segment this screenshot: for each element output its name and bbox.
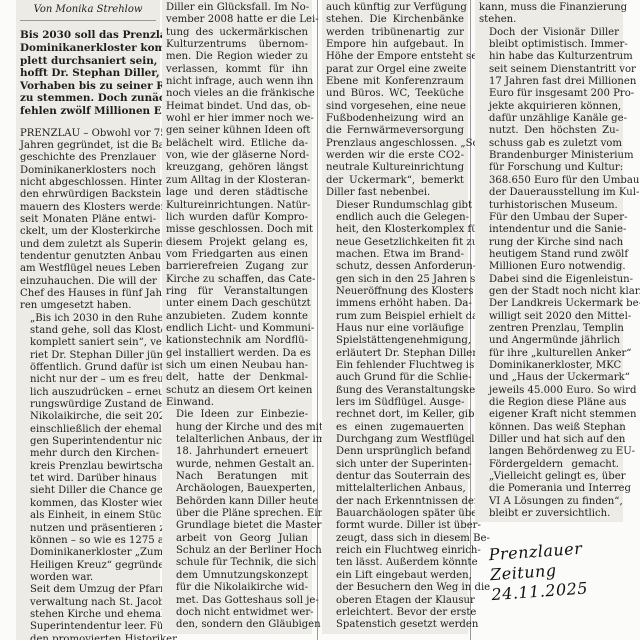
text-line: Schulz an der Berliner Hoch- [166,545,308,557]
article-column-4: kann, muss die Finanzierungstehen.Doch d… [475,0,623,522]
text-line: verwaltung nach St. Jacobi [20,597,156,609]
text-line: „Bis ich 2030 in den Ruhe- [20,313,156,325]
text-line: gen sich in den 25 Jahren seit [326,274,464,286]
text-line: sich um einen Neubau han- [166,360,308,372]
text-line: immens erhöht haben. Da- [326,298,464,310]
article-paragraph: Die Ideen zur Einbezie-hung der Kirche u… [166,409,308,631]
text-line: öffentlich. Grund dafür ist [20,362,156,374]
text-line: gen Superintendentur nicht [20,436,156,448]
text-line: werden tribünenartig zur [326,27,464,39]
text-line: telalterlichen Anbaus, der im [166,434,308,446]
text-line: rechnet dort, im Keller, gibt [326,409,464,421]
text-line: men. Die Region wieder zu [166,51,308,63]
text-line: Grundlage bietet die Master- [166,520,308,532]
text-line: der nach Erkenntnissen der [326,496,464,508]
text-line: VI A Lösungen zu finden“, [479,496,619,508]
text-line: vom Friedgarten aus einen [166,249,308,261]
text-line: gel installiert werden. Da es [166,348,308,360]
text-line: rung der Kirche sind nach [479,237,619,249]
text-line: stand gehe, soll das Kloster [20,325,156,337]
text-line: Nach Beratungen mit [166,471,308,483]
text-line: belächelt wird. Etliche da- [166,138,308,150]
text-line: 18. Jahrhundert erneuert [166,446,308,458]
text-line: 368.650 Euro für den Umbau [479,175,619,187]
text-line: Einwand. [166,397,308,409]
text-line: Fördergeldern gemacht. [479,459,619,471]
article-column-2: Diller ein Glücksfall. Im No-vember 2008… [162,0,312,634]
text-line: turhistorischen Museum. [479,200,619,212]
article-paragraph: Diller ein Glücksfall. Im No-vember 2008… [166,2,308,409]
text-line: Empore hin aufgebaut. In [326,39,464,51]
text-line: gen seiner kühnen Ideen oft [166,125,308,137]
text-line: parat zur Orgel eine zweite [326,64,464,76]
text-line: seit seinem Dienstantritt vor [479,64,619,76]
text-line: der Besuchern den Weg in die [326,582,464,594]
text-line: schutz an diesem Ort keinen [166,385,308,397]
text-line: lich auszudrücken – erneue- [20,387,156,399]
text-line: seit Monaten Pläne entwi- [20,214,156,226]
text-line: nutzen und präsentieren zu [20,523,156,535]
text-line: verlassen, kommt für ihn [166,64,308,76]
text-line: heit, den Klosterkomplex für [326,224,464,236]
text-line: Diller fast nebenbei. [326,187,464,199]
text-line: Fußbodenheizung wird an [326,113,464,125]
text-line: Die Ideen zur Einbezie- [166,409,308,421]
text-line: Behörden kann Diller heute [166,496,308,508]
text-line: met. Das Gotteshaus soll je- [166,595,308,607]
text-line: die Region diese Pläne aus [479,397,619,409]
text-line: für ihre „kulturellen Anker“ [479,348,619,360]
text-line: es einen zugemauerten [326,422,464,434]
text-line: nicht infrage, auch wenn ihn [166,76,308,88]
text-line: Für den Umbau der Super- [479,212,619,224]
text-line: stehen Kirche und ehemalige [20,609,156,621]
text-line: eigener Kraft nicht stemmen [479,409,619,421]
text-line: arbeit von Georg Julian [166,533,308,545]
text-line: riet Dr. Stephan Diller jüngst [20,350,156,362]
text-line: Heiligen Kreuz“ gegründet [20,560,156,572]
text-line: Der Landkreis Uckermark be- [479,298,619,310]
text-line: Diller und hat sich auf den [479,434,619,446]
text-line: zentren Prenzlau, Templin [479,323,619,335]
text-line: tet wird. Darüber hinaus [20,473,156,485]
text-line: endlich auch die Gelegen- [326,212,464,224]
text-line: Dominikanerkloster, MKC [479,360,619,372]
text-line: und Büros. WC, Teeküche [326,88,464,100]
article-paragraph: Für den Umbau der Super-intendentur und … [479,212,619,521]
text-line: formt wurde. Diller ist über- [326,520,464,532]
text-line: dentur das Souterrain des [326,471,464,483]
text-line: jeweils 45.000 Euro. So wird [479,385,619,397]
text-line: zu stemmen. Doch zunächst [20,92,156,105]
text-line: Superintendentur leer. Für [20,621,156,633]
handwritten-annotation: Prenzlauer Zeitung 24.11.2025 [488,535,640,605]
text-line: den, sondern den Gläubigen [166,619,308,631]
text-line: ckelt, um der Klosterkirche [20,226,156,238]
text-line: Archäologen, Bauexperten, [166,483,308,495]
text-line: „Vielleicht gelingt es, über [479,471,619,483]
article-paragraph: auch künftig zur Verfügungstehen. Die Ki… [326,2,464,200]
text-line: bleibt optimistisch. Immer- [479,39,619,51]
text-line: einzuhauchen. Die will der [20,276,156,288]
text-line: dem Umnutzungskonzept [166,570,308,582]
text-line: lage und deren städtische [166,187,308,199]
text-line: und „Haus der Uckermark“ [479,372,619,384]
text-line: anzubieten. Zudem konnte [166,311,308,323]
text-line: Seit dem Umzug der Pfarr- [20,584,156,596]
text-line: hung der Kirche und des mit- [166,422,308,434]
text-line: ren umgesetzt haben. [20,300,156,312]
text-line: einschließlich der ehemali- [20,424,156,436]
text-line: nicht abgeschlossen. Hinter [20,177,156,189]
text-line: Nikolaikirche, die seit 2022 [20,411,156,423]
text-line: für Forschung und Kultur: [479,162,619,174]
text-line: von, wie der gläserne Nord- [166,150,308,162]
text-line: und dem zuletzt als Superin- [20,239,156,251]
text-line: neutrale Kultureinrichtung [326,162,464,174]
text-line: delt, hatte der Denkmal- [166,372,308,384]
text-line: mauern des Klosters werden [20,202,156,214]
text-line: Euro für insgesamt 200 Pro- [479,88,619,100]
text-line: jekte akquirieren können, [479,101,619,113]
text-line: endlich Licht- und Kommuni- [166,323,308,335]
text-line: den promovierten Historiker [20,634,156,640]
text-line: Neueröffnung des Klosters [326,286,464,298]
text-line: und Angermünde jährlich [479,335,619,347]
text-line: langen Behördenweg zu EU- [479,446,619,458]
article-paragraph: „Bis ich 2030 in den Ruhe-stand gehe, so… [20,313,156,585]
text-line: sind vorgesehen, eine neue [326,101,464,113]
text-line: werden wir die erste CO2- [326,150,464,162]
text-line: als Einheit, in einem Stück [20,510,156,522]
text-line: Höhe der Empore entsteht se- [326,51,464,63]
text-line: zeugt, dass sich in diesem Be- [326,533,464,545]
text-line: plett durchsaniert sein, [20,55,156,68]
text-line: Kultureinrichtungen. Natür- [166,200,308,212]
text-line: die Fernwärmeversorgung [326,125,464,137]
article-column-3: auch künftig zur Verfügungstehen. Die Ki… [322,0,468,634]
text-line: diesem Projekt gelang es, [166,237,308,249]
text-line: auch künftig zur Verfügung [326,2,464,14]
article-paragraph: Dieser Rundumschlag gibtendlich auch die… [326,200,464,447]
text-line: kreuzgang, gehören längst [166,162,308,174]
text-line: worden war. [20,572,156,584]
text-line: Dabei sind die Eigenleistun- [479,274,619,286]
text-line: bleibt er zuversichtlich. [479,508,619,520]
text-line: Bauarchäologen später über- [326,508,464,520]
text-line: stehen. Die Kirchenbänke [326,14,464,26]
text-line: barrierefreien Zugang zur [166,261,308,273]
text-line: hofft Dr. Stephan Diller, das [20,67,156,80]
text-line: Dominikanerkloster kom- [20,42,156,55]
text-line: zum Alltag in der Klosteran- [166,175,308,187]
text-line: doch nicht entwidmet wer- [166,607,308,619]
text-line: intendentur und die Sanie- [479,224,619,236]
text-line: vember 2008 hatte er die Lei- [166,14,308,26]
text-line: der Dauerausstellung im Kul- [479,187,619,199]
text-line: gen der Stadt noch nicht klar. [479,286,619,298]
article-paragraph: Doch der Visionär Dillerbleibt optimisti… [479,27,619,212]
text-line: stehen. [479,14,619,26]
text-line: 17 Jahren fast drei Millionen [479,76,619,88]
text-line: Jahren gegründet, ist die Bau- [20,140,156,152]
text-line: Vorhaben bis zu seiner Rente [20,80,156,93]
text-line: Dominikanerklosters noch [20,165,156,177]
text-line: wohl er hier immer noch we- [166,113,308,125]
text-line: Ein fehlender Fluchtweg ist [326,360,464,372]
text-line: dafür unzählige Kanäle ge- [479,113,619,125]
text-line: rum zum Beispiel erhielt das [326,311,464,323]
text-line: Durchgang zum Westflügel. [326,434,464,446]
text-line: Dieser Rundumschlag gibt [326,200,464,212]
text-line: schule für Technik, die sich [166,557,308,569]
text-line: am Westflügel neues Leben [20,263,156,275]
text-line: ein Lift eingebaut werden, [326,570,464,582]
text-line: über die Pläne sprechen. Eine [166,508,308,520]
text-line: noch vieles an die fränkische [166,88,308,100]
text-line: nicht nur der – um es freund- [20,374,156,386]
text-line: nutzt. Den höchsten Zu- [479,125,619,137]
article-paragraph: Denn ursprünglich befandsich unter der S… [326,446,464,631]
text-line: tendentur genutzten Anbau [20,251,156,263]
text-line: willigt seit 2020 den Mittel- [479,311,619,323]
text-line: auch Grund für die Schlie- [326,372,464,384]
text-line: lich wurden dafür Kompro- [166,212,308,224]
text-line: kreis Prenzlau bewirtschaf- [20,461,156,473]
text-line: heutigem Stand rund zwölf [479,249,619,261]
text-line: fehlen zwölf Millionen Euro. [20,105,156,118]
text-line: kommen, das Kloster wieder [20,498,156,510]
text-line: können. Das weiß Stephan [479,422,619,434]
article-column-1: Von Monika Strehlow Bis 2030 soll das Pr… [16,0,160,640]
text-line: Chef des Hauses in fünf Jah- [20,288,156,300]
text-line: reich ein Fluchtweg einrich- [326,545,464,557]
text-line: Millionen Euro notwendig. [479,261,619,273]
text-line: Haus nur eine vorläufige [326,323,464,335]
text-line: Heimat bindet. Und das, ob- [166,101,308,113]
text-line: tung des uckermärkischen [166,27,308,39]
text-line: Kirche zu schaffen, das Cate- [166,274,308,286]
text-line: sich unter der Superinten- [326,459,464,471]
text-line: hin habe das Kulturzentrum [479,51,619,63]
text-line: rungswürdige Zustand der [20,399,156,411]
text-line: ring für Veranstaltungen [166,286,308,298]
text-line: lers im Südflügel. Ausge- [326,397,464,409]
text-line: kann, muss die Finanzierung [479,2,619,14]
text-line: für die Nikolaikirche wid- [166,582,308,594]
text-line: der Uckermark“, bemerkt [326,175,464,187]
text-line: Diller ein Glücksfall. Im No- [166,2,308,14]
text-line: neue Gesetzlichkeiten fit zu [326,237,464,249]
text-line: Prenzlaus angeschlossen. „So [326,138,464,150]
text-line: mehr durch den Kirchen- [20,448,156,460]
article-paragraph: PRENZLAU – Obwohl vor 750Jahren gegründe… [20,128,156,313]
text-line: sieht Diller die Chance ge- [20,485,156,497]
text-line: ten lässt. Außerdem könnte [326,557,464,569]
text-line: komplett saniert sein“, ver- [20,337,156,349]
text-line: die Pomerania und Interreg [479,483,619,495]
text-line: geschichte des Prenzlauer [20,152,156,164]
text-line: Doch der Visionär Diller [479,27,619,39]
text-line: machen. Etwa im Brand- [326,249,464,261]
text-line: Denn ursprünglich befand [326,446,464,458]
text-line: schutz, dessen Anforderun- [326,261,464,273]
text-line: erläutert Dr. Stephan Diller. [326,348,464,360]
text-line: mittelalterlichen Anbaus, [326,483,464,495]
byline: Von Monika Strehlow [20,2,156,21]
text-line: Bis 2030 soll das Prenzlauer [20,29,156,42]
text-line: Spatenstich gesetzt werden [326,619,464,631]
text-line: Ebene mit Konferenzraum [326,76,464,88]
text-line: den ehrwürdigen Backstein- [20,189,156,201]
text-line: ßung des Veranstaltungskel- [326,385,464,397]
text-line: Brandenburger Ministerium [479,150,619,162]
text-line: wurde, nehmen Gestalt an. [166,459,308,471]
article-lead: Bis 2030 soll das PrenzlauerDominikanerk… [20,29,156,117]
text-line: Dominikanerkloster „Zum [20,547,156,559]
text-line: PRENZLAU – Obwohl vor 750 [20,128,156,140]
text-line: kationstechnik am Nordflü- [166,335,308,347]
text-line: erleichtert. Bevor der erste [326,607,464,619]
text-line: misse geschlossen. Doch mit [166,224,308,236]
text-line: können – so wie es 1275 als [20,535,156,547]
article-paragraph: kann, muss die Finanzierungstehen. [479,2,619,27]
article-paragraph: Seit dem Umzug der Pfarr-verwaltung nach… [20,584,156,640]
text-line: unter einem Dach geschützt [166,298,308,310]
text-line: oberen Etagen der Klausur [326,595,464,607]
text-line: Kulturzentrums übernom- [166,39,308,51]
column-separator [317,0,318,640]
text-line: schuss gab es zuletzt vom [479,138,619,150]
text-line: Spielstättengenehmigung, [326,335,464,347]
